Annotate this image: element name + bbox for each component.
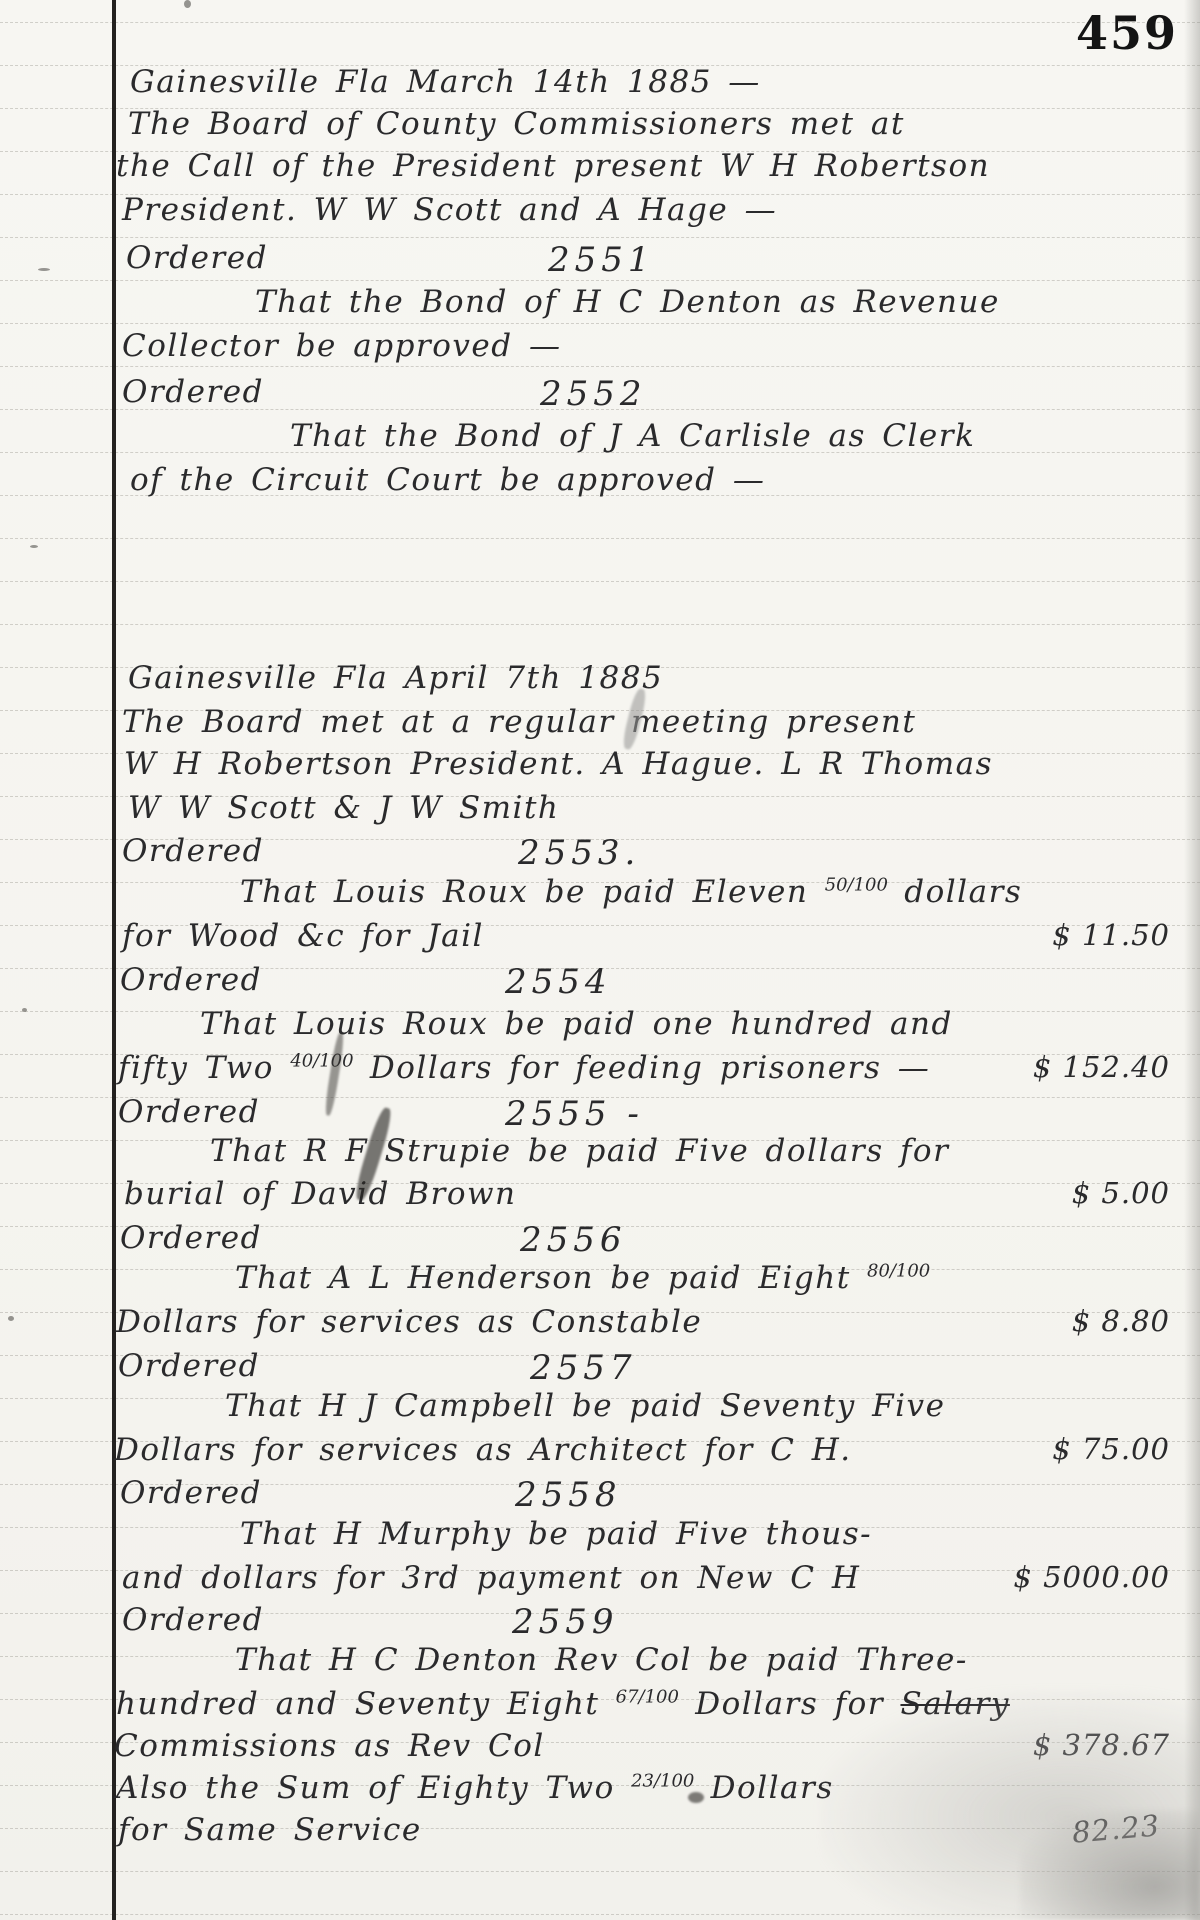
paper-speck bbox=[8, 1316, 14, 1321]
order-number: 2559 bbox=[512, 1602, 619, 1642]
page-edge-shadow bbox=[1184, 0, 1200, 1920]
line-text: the Call of the President present W H Ro… bbox=[116, 148, 990, 184]
line-text: That R F Strupie be paid Five dollars fo… bbox=[210, 1133, 949, 1169]
order-number: 2558 bbox=[515, 1475, 622, 1515]
amount-value: $ 11.50 bbox=[1052, 918, 1170, 952]
text-run: Gainesville Fla April 7th 1885 bbox=[128, 660, 663, 696]
ledger-line: Ordered2551 bbox=[0, 240, 1200, 288]
text-run: hundred and Seventy Eight bbox=[116, 1686, 616, 1722]
line-text: President. W W Scott and A Hage — bbox=[122, 192, 777, 228]
text-run: That the Bond of H C Denton as Revenue bbox=[255, 284, 1000, 320]
line-text: Ordered bbox=[120, 962, 262, 998]
text-run: The Board of County Commissioners met at bbox=[128, 106, 905, 142]
ledger-line: That the Bond of H C Denton as Revenue bbox=[0, 284, 1200, 332]
text-run: dollars bbox=[888, 874, 1022, 910]
ledger-line: W H Robertson President. A Hague. L R Th… bbox=[0, 746, 1200, 794]
line-text: Ordered bbox=[126, 240, 268, 276]
ledger-page: 459 Gainesville Fla March 14th 1885 —The… bbox=[0, 0, 1200, 1920]
line-text: That the Bond of H C Denton as Revenue bbox=[255, 284, 1000, 320]
line-text: for Wood &c for Jail bbox=[122, 918, 484, 954]
line-text: That the Bond of J A Carlisle as Clerk bbox=[290, 418, 975, 454]
text-run: burial of David Brown bbox=[124, 1176, 517, 1212]
ledger-line: Ordered2554 bbox=[0, 962, 1200, 1010]
fraction-superscript: 40/100 bbox=[290, 1051, 353, 1072]
text-run: Commissions as Rev Col bbox=[114, 1728, 545, 1764]
paper-speck bbox=[38, 268, 50, 271]
ledger-line: and dollars for 3rd payment on New C H$ … bbox=[0, 1560, 1200, 1608]
text-run: The Board met at a regular meeting prese… bbox=[122, 704, 916, 740]
amount-value: $ 5000.00 bbox=[1013, 1560, 1170, 1594]
ledger-line: That Louis Roux be paid Eleven 50/100 do… bbox=[0, 874, 1200, 922]
text-run: That Louis Roux be paid Eleven bbox=[240, 874, 825, 910]
ledger-line: That Louis Roux be paid one hundred and bbox=[0, 1006, 1200, 1054]
amount-value: $ 75.00 bbox=[1052, 1432, 1170, 1466]
ledger-line: Collector be approved — bbox=[0, 328, 1200, 376]
amount-value: $ 152.40 bbox=[1033, 1050, 1170, 1084]
line-text: Gainesville Fla March 14th 1885 — bbox=[130, 64, 761, 100]
text-run: That H C Denton Rev Col be paid Three- bbox=[235, 1642, 968, 1678]
line-text: Ordered bbox=[120, 1475, 262, 1511]
text-run: That H Murphy be paid Five thous- bbox=[240, 1516, 872, 1552]
line-text: That H C Denton Rev Col be paid Three- bbox=[235, 1642, 968, 1678]
ledger-line: for Wood &c for Jail$ 11.50 bbox=[0, 918, 1200, 966]
line-text: for Same Service bbox=[118, 1812, 422, 1848]
text-run: Ordered bbox=[120, 1475, 262, 1511]
ledger-line: Dollars for services as Architect for C … bbox=[0, 1432, 1200, 1480]
line-text: Also the Sum of Eighty Two 23/100 Dollar… bbox=[116, 1770, 834, 1806]
line-text: Gainesville Fla April 7th 1885 bbox=[128, 660, 663, 696]
ledger-line: That the Bond of J A Carlisle as Clerk bbox=[0, 418, 1200, 466]
amount-value: $ 5.00 bbox=[1072, 1176, 1170, 1210]
text-run: Ordered bbox=[120, 1220, 262, 1256]
text-run: of the Circuit Court be approved — bbox=[130, 462, 765, 498]
ledger-line: That H Murphy be paid Five thous- bbox=[0, 1516, 1200, 1564]
text-run: Ordered bbox=[122, 833, 264, 869]
text-run: That H J Campbell be paid Seventy Five bbox=[225, 1388, 945, 1424]
text-run: for Wood &c for Jail bbox=[122, 918, 484, 954]
text-run: President. W W Scott and A Hage — bbox=[122, 192, 777, 228]
line-text: fifty Two 40/100 Dollars for feeding pri… bbox=[118, 1050, 930, 1086]
line-text: The Board met at a regular meeting prese… bbox=[122, 704, 916, 740]
text-run: Also the Sum of Eighty Two bbox=[116, 1770, 631, 1806]
ledger-line: fifty Two 40/100 Dollars for feeding pri… bbox=[0, 1050, 1200, 1098]
text-run: W H Robertson President. A Hague. L R Th… bbox=[124, 746, 993, 782]
text-run: Dollars for feeding prisoners — bbox=[354, 1050, 931, 1086]
line-text: Ordered bbox=[122, 374, 264, 410]
ledger-line: That H C Denton Rev Col be paid Three- bbox=[0, 1642, 1200, 1690]
line-text: That Louis Roux be paid one hundred and bbox=[200, 1006, 953, 1042]
ledger-line: W W Scott & J W Smith bbox=[0, 790, 1200, 838]
fraction-superscript: 80/100 bbox=[867, 1261, 930, 1282]
ledger-line: of the Circuit Court be approved — bbox=[0, 462, 1200, 510]
text-run: for Same Service bbox=[118, 1812, 422, 1848]
line-text: Collector be approved — bbox=[122, 328, 561, 364]
fraction-superscript: 50/100 bbox=[825, 875, 888, 896]
text-run: Dollars bbox=[694, 1770, 833, 1806]
text-run: That A L Henderson be paid Eight bbox=[235, 1260, 867, 1296]
text-run: Ordered bbox=[122, 1602, 264, 1638]
ledger-line: That H J Campbell be paid Seventy Five bbox=[0, 1388, 1200, 1436]
paper-speck bbox=[184, 0, 191, 8]
stain-blob bbox=[1020, 1810, 1200, 1920]
line-text: Ordered bbox=[120, 1220, 262, 1256]
text-run: fifty Two bbox=[118, 1050, 290, 1086]
line-text: burial of David Brown bbox=[124, 1176, 517, 1212]
order-number: 2556 bbox=[520, 1220, 627, 1260]
ledger-line: the Call of the President present W H Ro… bbox=[0, 148, 1200, 196]
ledger-line: Dollars for services as Constable$ 8.80 bbox=[0, 1304, 1200, 1352]
line-text: Ordered bbox=[122, 833, 264, 869]
line-text: Ordered bbox=[118, 1348, 260, 1384]
text-run: Ordered bbox=[122, 374, 264, 410]
order-number: 2553. bbox=[518, 833, 640, 873]
line-text: That Louis Roux be paid Eleven 50/100 do… bbox=[240, 874, 1022, 910]
line-text: W H Robertson President. A Hague. L R Th… bbox=[124, 746, 993, 782]
text-run: Ordered bbox=[118, 1094, 260, 1130]
paper-speck bbox=[30, 545, 38, 548]
ledger-line: The Board met at a regular meeting prese… bbox=[0, 704, 1200, 752]
order-number: 2554 bbox=[505, 962, 612, 1002]
text-run: Dollars for services as Architect for C … bbox=[114, 1432, 852, 1468]
fraction-superscript: 67/100 bbox=[616, 1687, 679, 1708]
text-run: That Louis Roux be paid one hundred and bbox=[200, 1006, 953, 1042]
ledger-line: Ordered2552 bbox=[0, 374, 1200, 422]
line-text: W W Scott & J W Smith bbox=[128, 790, 559, 826]
text-run: W W Scott & J W Smith bbox=[128, 790, 559, 826]
handwriting-layer: Gainesville Fla March 14th 1885 —The Boa… bbox=[0, 0, 1200, 1920]
paper-speck bbox=[22, 1008, 27, 1012]
ledger-line: President. W W Scott and A Hage — bbox=[0, 192, 1200, 240]
ledger-line: burial of David Brown$ 5.00 bbox=[0, 1176, 1200, 1224]
ink-smudge bbox=[688, 1792, 704, 1803]
order-number: 2552 bbox=[540, 374, 647, 414]
text-run: Collector be approved — bbox=[122, 328, 561, 364]
line-text: and dollars for 3rd payment on New C H bbox=[122, 1560, 860, 1596]
line-text: Ordered bbox=[122, 1602, 264, 1638]
text-run: Ordered bbox=[126, 240, 268, 276]
text-run: and dollars for 3rd payment on New C H bbox=[122, 1560, 860, 1596]
ledger-line: Gainesville Fla April 7th 1885 bbox=[0, 660, 1200, 708]
order-number: 2555 - bbox=[505, 1094, 644, 1134]
order-number: 2557 bbox=[530, 1348, 637, 1388]
text-run: That the Bond of J A Carlisle as Clerk bbox=[290, 418, 975, 454]
line-text: That H Murphy be paid Five thous- bbox=[240, 1516, 872, 1552]
line-text: of the Circuit Court be approved — bbox=[130, 462, 765, 498]
ledger-line: Gainesville Fla March 14th 1885 — bbox=[0, 64, 1200, 112]
line-text: Dollars for services as Architect for C … bbox=[114, 1432, 852, 1468]
ledger-line: That R F Strupie be paid Five dollars fo… bbox=[0, 1133, 1200, 1181]
order-number: 2551 bbox=[548, 240, 655, 280]
text-run: Gainesville Fla March 14th 1885 — bbox=[130, 64, 761, 100]
amount-value: $ 8.80 bbox=[1072, 1304, 1170, 1338]
line-text: Dollars for services as Constable bbox=[116, 1304, 702, 1340]
line-text: Commissions as Rev Col bbox=[114, 1728, 545, 1764]
fraction-superscript: 23/100 bbox=[631, 1771, 694, 1792]
ledger-line: That A L Henderson be paid Eight 80/100 bbox=[0, 1260, 1200, 1308]
line-text: That H J Campbell be paid Seventy Five bbox=[225, 1388, 945, 1424]
text-run: That R F Strupie be paid Five dollars fo… bbox=[210, 1133, 949, 1169]
text-run: Ordered bbox=[118, 1348, 260, 1384]
ledger-line: The Board of County Commissioners met at bbox=[0, 106, 1200, 154]
line-text: Ordered bbox=[118, 1094, 260, 1130]
text-run: the Call of the President present W H Ro… bbox=[116, 148, 990, 184]
line-text: The Board of County Commissioners met at bbox=[128, 106, 905, 142]
text-run: Dollars for services as Constable bbox=[116, 1304, 702, 1340]
text-run: Ordered bbox=[120, 962, 262, 998]
line-text: That A L Henderson be paid Eight 80/100 bbox=[235, 1260, 930, 1296]
